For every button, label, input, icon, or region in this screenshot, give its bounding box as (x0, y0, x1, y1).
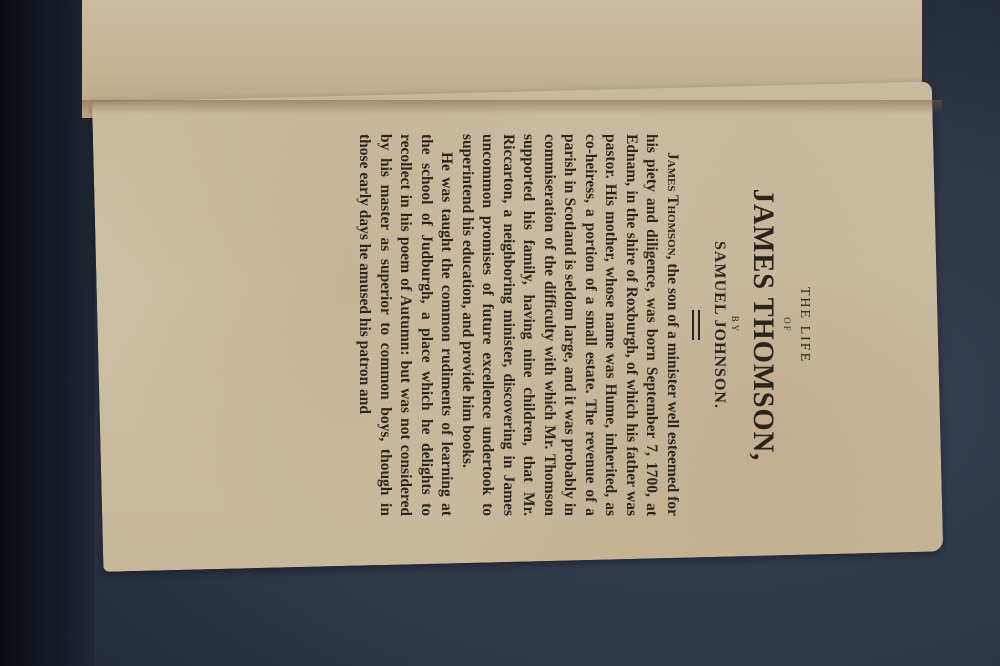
double-rule-divider (692, 310, 700, 340)
title-the-life: THE LIFE (796, 130, 812, 520)
page-text-frame: THE LIFE OF JAMES THOMSON, BY SAMUEL JOH… (210, 130, 850, 520)
paragraph-1-lead: James Thomson, (664, 152, 681, 259)
title-by: BY (730, 130, 740, 520)
paragraph-2: He was taught the common rudiments of le… (354, 134, 457, 516)
title-author: SAMUEL JOHNSON. (710, 130, 728, 520)
paragraph-1-text: the son of a minister well esteemed for … (459, 134, 681, 516)
title-of: OF (782, 130, 792, 520)
title-subject-name: JAMES THOMSON, (746, 140, 780, 511)
book-gutter (82, 100, 942, 114)
body-text: James Thomson, the son of a minister wel… (354, 130, 682, 520)
title-block: THE LIFE OF JAMES THOMSON, BY SAMUEL JOH… (692, 130, 850, 520)
dark-background-left (0, 0, 95, 666)
rotated-page-content: THE LIFE OF JAMES THOMSON, BY SAMUEL JOH… (210, 130, 850, 520)
paragraph-1: James Thomson, the son of a minister wel… (457, 134, 683, 516)
paragraph-2-text: He was taught the common rudiments of le… (357, 134, 456, 516)
